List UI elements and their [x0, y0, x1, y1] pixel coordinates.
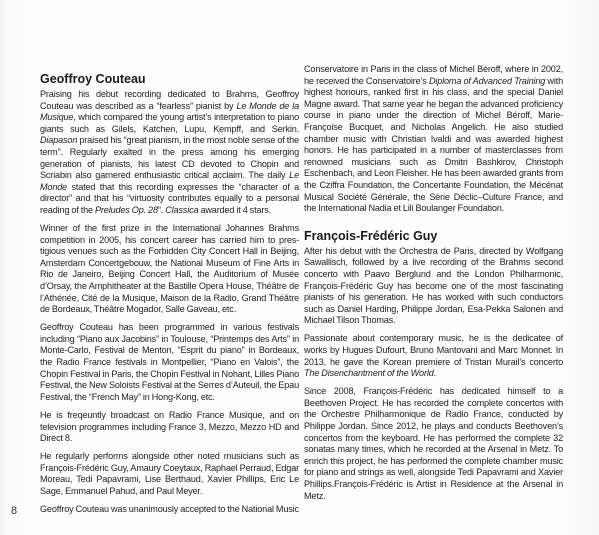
work-title: The Disenchantment of the World [304, 368, 434, 378]
bio-paragraph: After his debut with the Orchestra de Pa… [304, 246, 563, 327]
page-number: 8 [11, 505, 17, 517]
publication-title: Classica [165, 205, 198, 215]
section-heading-geoffroy-couteau: Geoffroy Couteau [40, 72, 299, 86]
bio-paragraph-continued: Conservatoire in Paris in the class of M… [304, 64, 563, 215]
bio-paragraph: Since 2008, François-Frédéric has dedica… [304, 386, 563, 502]
bio-paragraph: Passionate about contemporary music, he … [304, 333, 563, 379]
bio-paragraph: Winner of the first prize in the Interna… [40, 223, 299, 316]
publication-title: Diapason [40, 135, 77, 145]
bio-paragraph: He is freqeuntly broadcast on Radio Fran… [40, 410, 299, 445]
section-heading-francois-frederic-guy: François-Frédéric Guy [304, 229, 563, 243]
right-column: Conservatoire in Paris in the class of M… [304, 64, 563, 509]
bio-paragraph: Praising his debut recording dedicated t… [40, 89, 299, 217]
booklet-page: Geoffroy Couteau Praising his debut reco… [0, 0, 599, 535]
work-title: Preludes Op. 28 [95, 205, 158, 215]
bio-paragraph: He regularly performs alongside other no… [40, 451, 299, 497]
bio-paragraph: Geoffroy Couteau has been programmed in … [40, 322, 299, 403]
left-column: Geoffroy Couteau Praising his debut reco… [40, 72, 299, 522]
diploma-title: Diploma of Advanced Training [429, 76, 545, 86]
bio-paragraph: Geoffroy Couteau was unanimously accepte… [40, 504, 299, 516]
